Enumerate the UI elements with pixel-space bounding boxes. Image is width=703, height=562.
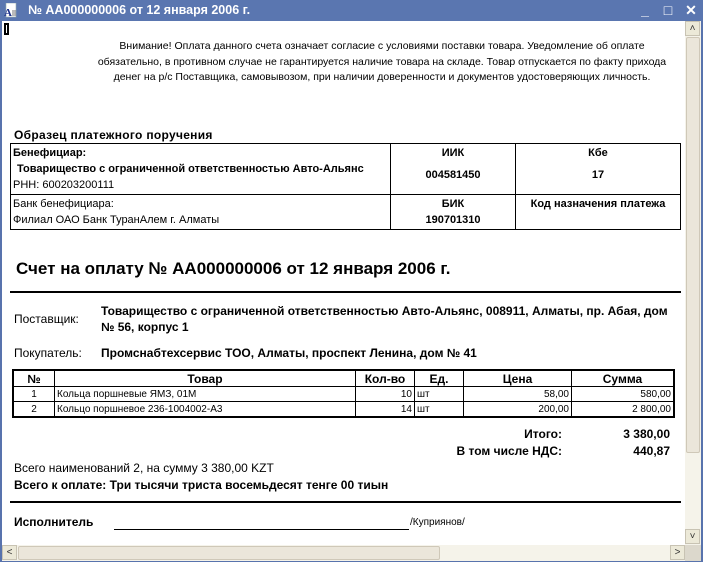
scroll-down-icon[interactable]: ˅ [685, 529, 700, 544]
total-value: 3 380,00 [623, 427, 670, 441]
minimize-button[interactable]: _ [636, 2, 654, 19]
bik-label: БИК [393, 196, 513, 212]
col-qty: Кол-во [356, 370, 415, 387]
buyer-label: Покупатель: [14, 346, 82, 360]
iik-value: 004581450 [393, 167, 513, 183]
row-number: 2 [13, 402, 55, 418]
vertical-scrollbar[interactable]: ˄ ˅ [685, 21, 701, 545]
buyer-value: Промснабтехсервис ТОО, Алматы, проспект … [101, 345, 671, 361]
row-price: 200,00 [464, 402, 572, 418]
total-label: Итого: [524, 427, 562, 441]
beneficiary-name: Товарищество с ограниченной ответственно… [13, 161, 388, 177]
bank-name: Филиал ОАО Банк ТуранАлем г. Алматы [13, 212, 388, 228]
items-table: № Товар Кол-во Ед. Цена Сумма 1 Кольца п… [12, 369, 675, 418]
horizontal-scrollbar[interactable]: < > [2, 545, 685, 561]
col-number: № [13, 370, 55, 387]
col-price: Цена [464, 370, 572, 387]
items-count-summary: Всего наименований 2, на сумму 3 380,00 … [14, 461, 274, 475]
payment-notice: Внимание! Оплата данного счета означает … [87, 39, 677, 86]
iik-label: ИИК [393, 145, 513, 161]
maximize-button[interactable]: □ [659, 2, 677, 19]
row-sum: 2 800,00 [572, 402, 675, 418]
rnn: РНН: 600203200111 [13, 177, 388, 193]
scrollbar-corner [685, 545, 701, 561]
table-row: 1 Кольца поршневые ЯМЗ, 01М 10 шт 58,00 … [13, 387, 674, 402]
scroll-left-icon[interactable]: < [2, 545, 17, 560]
row-price: 58,00 [464, 387, 572, 402]
row-sum: 580,00 [572, 387, 675, 402]
vat-value: 440,87 [633, 444, 670, 458]
invoice-window: A № АА000000006 от 12 января 2006 г. _ □… [0, 0, 703, 562]
executor-name: /Куприянов/ [410, 517, 465, 528]
vat-label: В том числе НДС: [457, 444, 562, 458]
row-number: 1 [13, 387, 55, 402]
document-area[interactable]: Внимание! Оплата данного счета означает … [2, 21, 685, 545]
title-bar[interactable]: A № АА000000006 от 12 января 2006 г. _ □… [0, 0, 703, 21]
scroll-up-icon[interactable]: ˄ [685, 21, 700, 36]
horizontal-scroll-thumb[interactable] [18, 546, 440, 560]
row-product: Кольцо поршневое 236-1004002-А3 [55, 402, 356, 418]
col-sum: Сумма [572, 370, 675, 387]
divider [10, 501, 681, 503]
supplier-label: Поставщик: [14, 312, 79, 326]
kbe-label: Кбе [518, 145, 678, 161]
col-product: Товар [55, 370, 356, 387]
row-qty: 14 [356, 402, 415, 418]
svg-text:A: A [4, 7, 12, 18]
kbe-value: 17 [518, 167, 678, 183]
vertical-scroll-thumb[interactable] [686, 37, 700, 453]
table-row: 2 Кольцо поршневое 236-1004002-А3 14 шт … [13, 402, 674, 418]
bik-value: 190701310 [393, 212, 513, 228]
totals-block: Итого: 3 380,00 В том числе НДС: 440,87 [402, 427, 670, 461]
cell-cursor [4, 23, 9, 35]
bank-label: Банк бенефициара: [13, 196, 388, 212]
executor-label: Исполнитель [14, 515, 93, 529]
divider [10, 291, 681, 293]
scroll-right-icon[interactable]: > [670, 545, 685, 560]
row-product: Кольца поршневые ЯМЗ, 01М [55, 387, 356, 402]
amount-in-words: Всего к оплате: Три тысячи триста восемь… [14, 478, 388, 492]
signature-line [114, 529, 409, 530]
supplier-value: Товарищество с ограниченной ответственно… [101, 303, 671, 335]
row-qty: 10 [356, 387, 415, 402]
payment-order-title: Образец платежного поручения [14, 128, 213, 142]
col-unit: Ед. [415, 370, 464, 387]
document-icon: A [4, 3, 18, 18]
payment-order-table: Бенефициар: Товарищество с ограниченной … [10, 143, 681, 230]
invoice-title: Счет на оплату № АА000000006 от 12 январ… [16, 259, 450, 279]
payment-code-label: Код назначения платежа [518, 196, 678, 212]
window-title: № АА000000006 от 12 января 2006 г. [28, 3, 250, 17]
close-button[interactable]: ✕ [682, 2, 700, 19]
beneficiary-label: Бенефициар: [13, 145, 388, 161]
row-unit: шт [415, 402, 464, 418]
row-unit: шт [415, 387, 464, 402]
